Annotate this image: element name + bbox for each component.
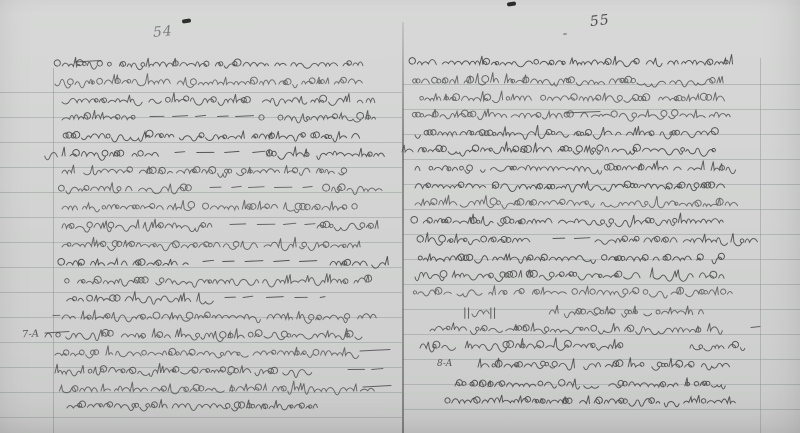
handwriting-line <box>62 92 375 105</box>
handwriting-line <box>65 273 374 287</box>
verse-divider-open-mark: || <box>463 306 470 319</box>
margin-annotation-7a: 7-A <box>22 329 40 341</box>
handwriting-line <box>415 125 720 139</box>
handwriting-line <box>411 213 723 227</box>
handwriting-line <box>478 357 729 370</box>
handwriting-line <box>75 61 101 63</box>
handwriting-line <box>62 219 382 232</box>
handwriting-line <box>409 54 738 67</box>
handwriting-line <box>62 237 360 251</box>
handwriting-line <box>55 363 383 378</box>
handwriting-line <box>402 145 413 152</box>
handwriting-line <box>45 328 362 342</box>
handwriting-line <box>45 153 58 160</box>
handwriting-line <box>565 112 600 114</box>
handwriting-line <box>418 253 726 263</box>
handwriting-line <box>58 182 382 194</box>
handwriting-line <box>413 285 732 298</box>
handwriting-line <box>445 395 735 407</box>
handwriting-line <box>415 268 724 282</box>
handwriting-line <box>53 310 376 323</box>
handwriting-line <box>62 165 348 178</box>
handwriting-strokes <box>0 0 800 433</box>
handwriting-line <box>420 338 745 352</box>
handwriting-line <box>363 386 391 388</box>
handwriting-line <box>415 161 736 175</box>
handwriting-line <box>62 147 384 161</box>
page-number-55: 55 <box>589 12 611 30</box>
handwriting-line <box>413 72 723 87</box>
handwriting-line <box>360 350 390 352</box>
margin-annotation-8a: 8-A <box>437 359 452 369</box>
handwriting-line <box>58 256 388 268</box>
handwriting-line <box>67 291 325 304</box>
handwriting-line <box>55 346 359 359</box>
page-number-54: 54 <box>152 23 173 41</box>
handwriting-line <box>430 323 760 335</box>
handwriting-line <box>55 73 362 88</box>
handwriting-line <box>418 142 723 157</box>
handwriting-line <box>63 130 359 142</box>
verse-divider-close-mark: || <box>489 306 496 319</box>
handwriting-line <box>62 200 359 213</box>
handwriting-line <box>59 381 374 395</box>
handwriting-line <box>67 399 318 411</box>
handwriting-line <box>412 109 730 121</box>
handwriting-line <box>415 195 738 208</box>
handwriting-line <box>455 378 725 390</box>
handwriting-line <box>472 305 703 318</box>
handwriting-line <box>415 181 725 192</box>
handwriting-line <box>54 57 363 70</box>
handwriting-line <box>420 91 725 103</box>
manuscript-scan: 54 55 7-A 8-A || || <box>0 0 800 433</box>
handwriting-line <box>417 232 757 245</box>
handwriting-line <box>62 110 376 123</box>
